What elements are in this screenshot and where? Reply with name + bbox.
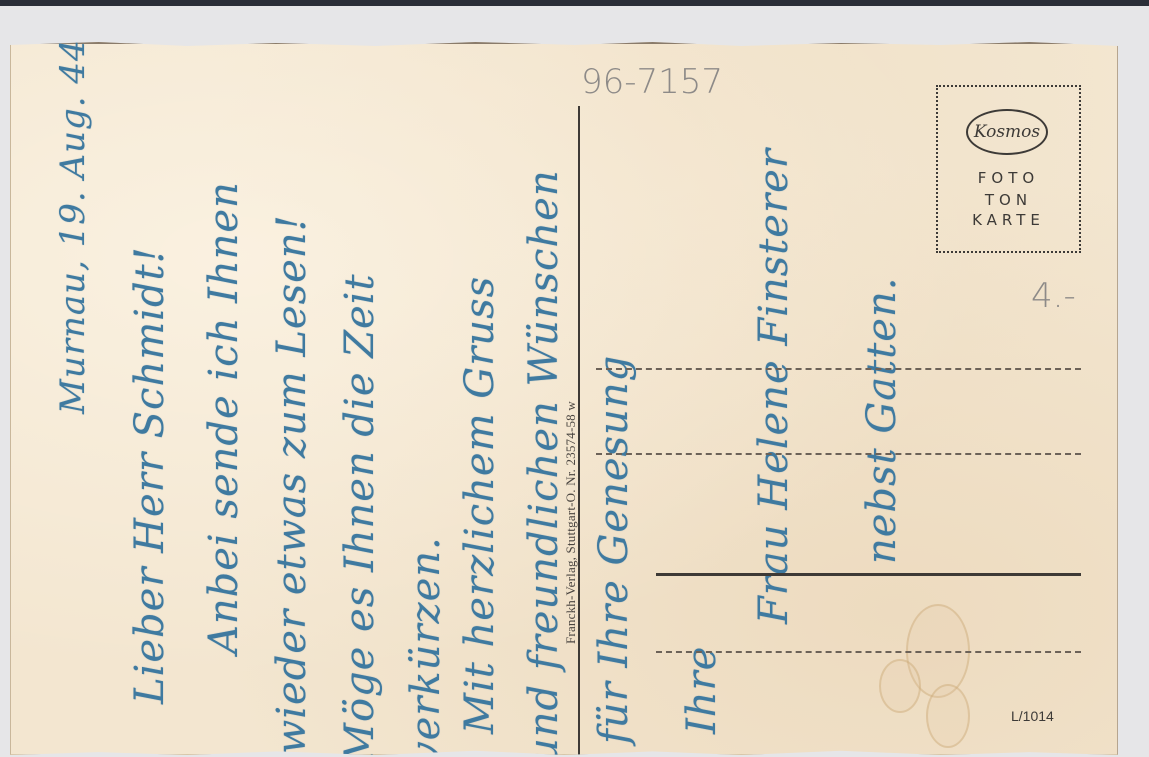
kosmos-logo: Kosmos <box>966 109 1048 155</box>
stamp-box: Kosmos FOTO TON KARTE <box>936 85 1081 253</box>
address-line <box>656 651 1081 653</box>
water-stain <box>879 659 921 713</box>
handwritten-line: Anbei sende ich Ihnen <box>201 181 247 654</box>
address-line <box>656 573 1081 576</box>
handwritten-signature: nebst Gatten. <box>859 277 905 564</box>
publisher-imprint: Franckh-Verlag, Stuttgart-O. Nr. 23574-5… <box>563 401 579 644</box>
pencil-price: 4.- <box>1031 276 1076 316</box>
stamp-text-line: FOTO <box>938 169 1079 187</box>
stamp-text-line: TON <box>938 191 1079 209</box>
handwritten-line: Möge es Ihnen die Zeit <box>337 273 383 757</box>
pencil-archive-number: 96-7157 <box>581 62 723 102</box>
card-divider <box>578 106 580 757</box>
handwritten-line: und freundlichen Wünschen <box>521 169 567 757</box>
handwritten-line: Mit herzlichem Gruss <box>457 276 503 734</box>
handwritten-line: wieder etwas zum Lesen! <box>269 214 315 754</box>
handwritten-signature: Frau Helene Finsterer <box>751 148 797 624</box>
catalog-number: L/1014 <box>1011 708 1054 724</box>
stamp-text-line: KARTE <box>938 211 1079 229</box>
handwritten-line: Lieber Herr Schmidt! <box>127 246 173 704</box>
water-stain <box>926 684 970 748</box>
scanner-edge <box>0 0 1149 6</box>
handwritten-line: verkürzen. <box>403 536 449 757</box>
handwritten-dateline: Murnau, 19. Aug. 44 <box>53 38 93 414</box>
handwritten-signature: Ihre <box>679 646 725 734</box>
address-line <box>596 368 1081 370</box>
handwritten-line: für Ihre Genesung <box>591 355 637 744</box>
postcard-back: Murnau, 19. Aug. 44 Lieber Herr Schmidt!… <box>10 42 1118 755</box>
address-line <box>596 453 1081 455</box>
